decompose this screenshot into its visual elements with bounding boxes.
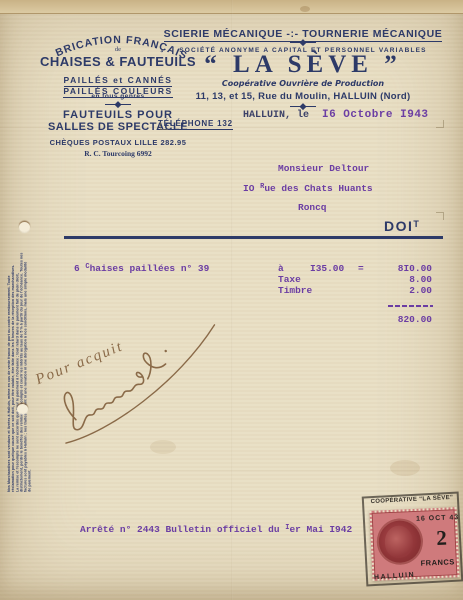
corner-mark (436, 212, 444, 220)
punch-hole (17, 404, 28, 414)
date-place: HALLUIN, le (243, 110, 309, 121)
row1-amount: 8I0.00 (362, 263, 432, 274)
addressee-street-pre: IO (243, 183, 260, 194)
marianne-medallion-icon (376, 518, 424, 566)
corner-mark (160, 122, 168, 130)
cancel-stamp-date: 16 OCT 43 (416, 514, 459, 523)
header-rule (64, 236, 443, 239)
total-amount: 820.00 (362, 314, 432, 325)
letterhead-rc: R. C. Tourcoing 6992 (30, 149, 206, 158)
sales-conditions-vertical: Nos Marchandises sont vendues et livrées… (7, 204, 31, 492)
company-phone: TÉLÉPHONE 132 (158, 119, 233, 130)
addressee-street-sup: R (260, 183, 264, 191)
stain (390, 460, 420, 476)
fiscal-stamp-zone: COOPÉRATIVE “LA SÈVE” 2 FRANCS 16 OCT 43… (362, 488, 462, 588)
divider-ornament-icon (290, 39, 316, 45)
arrete-pre: Arrêté n° 2443 Bulletin officiel du (80, 524, 285, 535)
doit-sup: T (413, 219, 420, 229)
arrete-line: Arrêté n° 2443 Bulletin officiel du Ier … (80, 524, 352, 535)
row1-unit-price: I35.00 (310, 263, 344, 274)
arrete-post: er Mai I942 (289, 524, 352, 535)
invoice-item: 6 Chaises paillées n° 39 (74, 263, 209, 274)
company-coop-line: Coopérative Ouvrière de Production (155, 79, 451, 88)
addressee-street: IO Rue des Chats Huants (243, 183, 373, 194)
addressee-street-post: ue des Chats Huants (264, 183, 372, 194)
invoice-document: FABRICATION FRANÇAISE de CHAISES & FAUTE… (0, 0, 463, 600)
addressee-city: Roncq (298, 202, 327, 213)
row1-label: à (278, 263, 284, 274)
date-value: I6 Octobre I943 (322, 109, 429, 121)
row3-amount: 2.00 (362, 285, 432, 296)
letterhead-cheques-postaux: CHÈQUES POSTAUX LILLE 282.95 (20, 138, 216, 147)
doit-label: DOIT (384, 218, 420, 234)
row2-amount: 8.00 (362, 274, 432, 285)
item-sup: C (85, 263, 89, 271)
divider-ornament-icon (290, 103, 316, 109)
corner-mark (436, 120, 444, 128)
punch-hole (19, 222, 30, 232)
stamp-value: 2 (436, 528, 447, 549)
row3-label: Timbre (278, 285, 312, 296)
stamp-currency: FRANCS (420, 557, 455, 567)
total-rule (388, 305, 433, 307)
conditions-line: de paiement. (27, 204, 31, 492)
row2-label: Taxe (278, 274, 301, 285)
addressee-name: Monsieur Deltour (278, 163, 369, 174)
handwritten-note: Pour acquit (33, 291, 278, 475)
doit-main: DOI (384, 218, 413, 234)
company-brand-name: “ LA SÈVE ” (155, 51, 451, 79)
divider-ornament-icon (105, 101, 131, 107)
item-desc: haises paillées n° 39 (90, 263, 210, 274)
arrete-sup: I (285, 524, 289, 532)
company-address: 11, 13, et 15, Rue du Moulin, HALLUIN (N… (155, 91, 451, 102)
item-qty: 6 (74, 263, 85, 274)
